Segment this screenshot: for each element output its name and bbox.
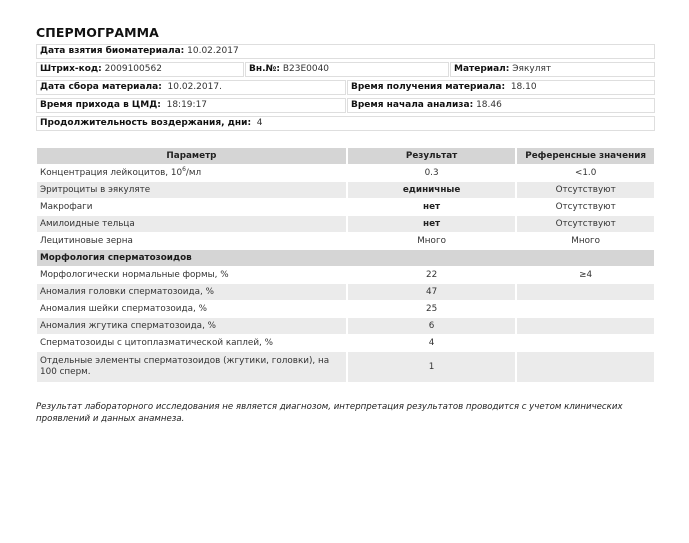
result-cell: 0.3: [348, 165, 515, 182]
param-cell: Аномалия шейки сперматозоида, %: [37, 301, 346, 318]
collection-date-field: Дата сбора материала: 10.02.2017.: [36, 80, 346, 95]
reference-cell: [517, 335, 654, 352]
reference-cell: Отсутствуют: [517, 182, 654, 199]
table-row: Концентрация лейкоцитов, 106/мл 0.3 <1.0: [37, 165, 654, 182]
table-row: Лецитиновые зерна Много Много: [37, 233, 654, 250]
result-cell: единичные: [348, 182, 515, 199]
abstinence-label: Продолжительность воздержания, дни:: [40, 118, 251, 128]
barcode-value: 2009100562: [105, 64, 162, 74]
param-cell: Эритроциты в эякуляте: [37, 182, 346, 199]
disclaimer-note: Результат лабораторного исследования не …: [36, 401, 626, 425]
reference-cell: [517, 284, 654, 301]
result-cell: нет: [348, 199, 515, 216]
header-reference: Референсные значения: [517, 148, 654, 165]
reference-cell: [517, 301, 654, 318]
header-parameter: Параметр: [37, 148, 346, 165]
reference-cell: [517, 318, 654, 335]
arrival-time-value: 18:19:17: [167, 100, 207, 110]
receipt-time-label: Время получения материала:: [351, 82, 505, 92]
table-header-row: Параметр Результат Референсные значения: [37, 148, 654, 165]
table-row: Амилоидные тельца нет Отсутствуют: [37, 216, 654, 233]
reference-cell: Отсутствуют: [517, 199, 654, 216]
table-row: Аномалия шейки сперматозоида, % 25: [37, 301, 654, 318]
material-label: Материал:: [454, 64, 509, 74]
sample-date-label: Дата взятия биоматериала:: [40, 46, 184, 56]
results-table: Параметр Результат Референсные значения …: [35, 148, 656, 383]
param-cell: Макрофаги: [37, 199, 346, 216]
internal-no-label: Вн.№:: [249, 64, 280, 74]
result-cell: нет: [348, 216, 515, 233]
collection-date-label: Дата сбора материала:: [40, 82, 162, 92]
reference-cell: <1.0: [517, 165, 654, 182]
page-title: СПЕРМОГРАММА: [36, 25, 159, 40]
param-cell: Морфологически нормальные формы, %: [37, 267, 346, 284]
result-cell: 6: [348, 318, 515, 335]
result-cell: 4: [348, 335, 515, 352]
result-cell: 25: [348, 301, 515, 318]
result-cell: 47: [348, 284, 515, 301]
param-cell: Амилоидные тельца: [37, 216, 346, 233]
sample-date-value: 10.02.2017: [187, 46, 239, 56]
param-cell: Отдельные элементы сперматозоидов (жгути…: [37, 352, 346, 383]
table-row: Сперматозоиды с цитоплазматической капле…: [37, 335, 654, 352]
header-result: Результат: [348, 148, 515, 165]
param-cell: Концентрация лейкоцитов, 106/мл: [37, 165, 346, 182]
abstinence-value: 4: [257, 118, 263, 128]
param-cell: Сперматозоиды с цитоплазматической капле…: [37, 335, 346, 352]
analysis-start-field: Время начала анализа: 18.46: [347, 98, 655, 113]
barcode-label: Штрих-код:: [40, 64, 102, 74]
table-row: Эритроциты в эякуляте единичные Отсутств…: [37, 182, 654, 199]
reference-cell: ≥4: [517, 267, 654, 284]
barcode-field: Штрих-код: 2009100562: [36, 62, 244, 77]
receipt-time-field: Время получения материала: 18.10: [347, 80, 655, 95]
table-row: Морфологически нормальные формы, % 22 ≥4: [37, 267, 654, 284]
param-cell: Аномалия жгутика сперматозоида, %: [37, 318, 346, 335]
group-header-row: Морфология сперматозоидов: [37, 250, 654, 267]
table-row: Отдельные элементы сперматозоидов (жгути…: [37, 352, 654, 383]
internal-no-field: Вн.№: B23E0040: [245, 62, 449, 77]
arrival-time-field: Время прихода в ЦМД: 18:19:17: [36, 98, 346, 113]
table-row: Аномалия головки сперматозоида, % 47: [37, 284, 654, 301]
result-cell: 1: [348, 352, 515, 383]
material-field: Материал: Эякулят: [450, 62, 655, 77]
receipt-time-value: 18.10: [511, 82, 537, 92]
table-row: Макрофаги нет Отсутствуют: [37, 199, 654, 216]
result-cell: 22: [348, 267, 515, 284]
param-cell: Лецитиновые зерна: [37, 233, 346, 250]
reference-cell: Много: [517, 233, 654, 250]
param-cell: Аномалия головки сперматозоида, %: [37, 284, 346, 301]
reference-cell: Отсутствуют: [517, 216, 654, 233]
internal-no-value: B23E0040: [283, 64, 329, 74]
abstinence-field: Продолжительность воздержания, дни: 4: [36, 116, 655, 131]
analysis-start-label: Время начала анализа:: [351, 100, 473, 110]
table-row: Аномалия жгутика сперматозоида, % 6: [37, 318, 654, 335]
analysis-start-value: 18.46: [476, 100, 502, 110]
reference-cell: [517, 352, 654, 383]
material-value: Эякулят: [512, 64, 551, 74]
arrival-time-label: Время прихода в ЦМД:: [40, 100, 161, 110]
collection-date-value: 10.02.2017.: [168, 82, 222, 92]
result-cell: Много: [348, 233, 515, 250]
sample-date-field: Дата взятия биоматериала: 10.02.2017: [36, 44, 655, 59]
group-title: Морфология сперматозоидов: [37, 250, 654, 267]
